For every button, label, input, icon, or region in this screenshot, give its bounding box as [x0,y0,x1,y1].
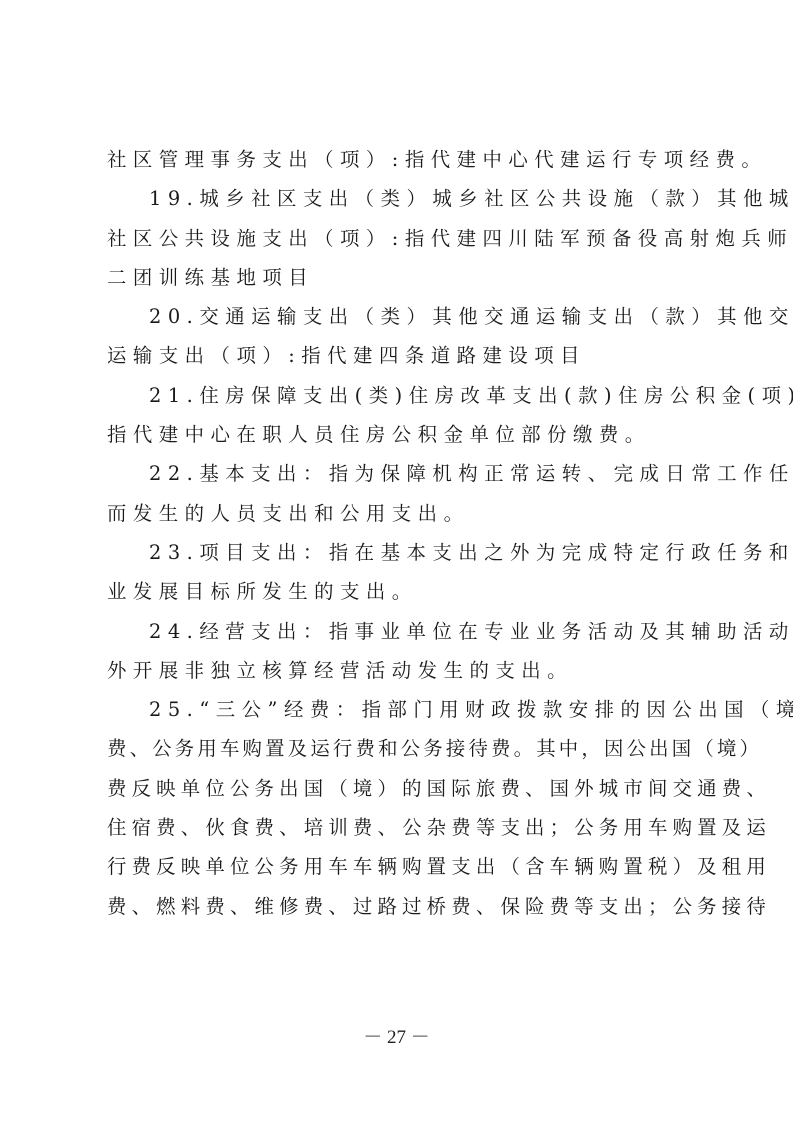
text-line: 24.经营支出：指事业单位在专业业务活动及其辅助活动之 [107,612,691,651]
text-line: 外开展非独立核算经营活动发生的支出。 [107,651,691,690]
text-line: 23.项目支出：指在基本支出之外为完成特定行政任务和事 [107,533,691,572]
text-line: 而发生的人员支出和公用支出。 [107,494,691,533]
text-line: 费反映单位公务出国（境）的国际旅费、国外城市间交通费、 [107,769,691,808]
text-line: 19.城乡社区支出（类）城乡社区公共设施（款）其他城乡 [107,179,691,218]
text-line: 住宿费、伙食费、培训费、公杂费等支出；公务用车购置及运 [107,808,691,847]
text-line: 二团训练基地项目 [107,258,691,297]
text-line: 25.“三公”经费：指部门用财政拨款安排的因公出国（境） [107,690,691,729]
document-page: 社区管理事务支出（项）:指代建中心代建运行专项经费。 19.城乡社区支出（类）城… [0,0,793,1122]
text-line: 费、燃料费、维修费、过路过桥费、保险费等支出；公务接待 [107,887,691,926]
body-text: 社区管理事务支出（项）:指代建中心代建运行专项经费。 19.城乡社区支出（类）城… [107,140,691,926]
text-line: 21.住房保障支出(类)住房改革支出(款)住房公积金(项): [107,376,691,415]
text-line: 费、公务用车购置及运行费和公务接待费。其中，因公出国（境） [107,729,691,768]
text-line: 社区管理事务支出（项）:指代建中心代建运行专项经费。 [107,140,691,179]
text-line: 行费反映单位公务用车车辆购置支出（含车辆购置税）及租用 [107,847,691,886]
text-line: 运输支出（项）:指代建四条道路建设项目 [107,336,691,375]
text-line: 22.基本支出：指为保障机构正常运转、完成日常工作任务 [107,454,691,493]
text-line: 业发展目标所发生的支出。 [107,572,691,611]
text-line: 社区公共设施支出（项）:指代建四川陆军预备役高射炮兵师第 [107,219,691,258]
text-line: 指代建中心在职人员住房公积金单位部份缴费。 [107,415,691,454]
page-number: － 27 － [0,1022,793,1049]
text-line: 20.交通运输支出（类）其他交通运输支出（款）其他交通 [107,297,691,336]
